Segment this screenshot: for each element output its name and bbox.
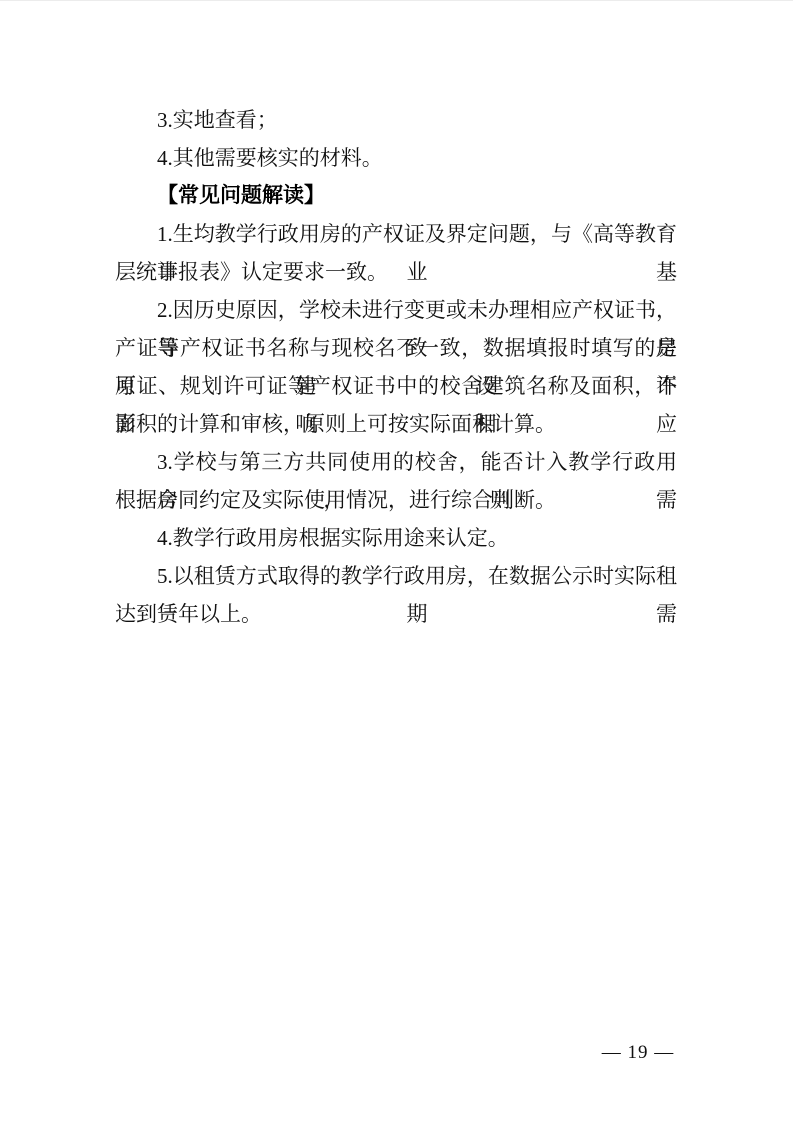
text-line: 2.因历史原因，学校未进行变更或未办理相应产权证书，导致房 [115, 291, 677, 329]
text-line: 3.实地查看； [115, 101, 677, 139]
text-line: 5.以租赁方式取得的教学行政用房，在数据公示时实际租赁期需 [115, 557, 677, 595]
document-page: 3.实地查看；4.其他需要核实的材料。【常见问题解读】1.生均教学行政用房的产权… [0, 0, 793, 1122]
text-line: 【常见问题解读】 [115, 177, 677, 215]
paragraph: 1.生均教学行政用房的产权证及界定问题，与《高等教育事业基层统计报表》认定要求一… [115, 215, 677, 291]
text-line: 4.教学行政用房根据实际用途来认定。 [115, 519, 677, 557]
paragraph: 3.学校与第三方共同使用的校舍，能否计入教学行政用房，则需根据合同约定及实际使用… [115, 443, 677, 519]
document-body: 3.实地查看；4.其他需要核实的材料。【常见问题解读】1.生均教学行政用房的产权… [115, 101, 677, 633]
text-line: 1.生均教学行政用房的产权证及界定问题，与《高等教育事业基 [115, 215, 677, 253]
section-heading: 【常见问题解读】 [115, 177, 677, 215]
paragraph: 5.以租赁方式取得的教学行政用房，在数据公示时实际租赁期需达到一年以上。 [115, 557, 677, 633]
text-line: 产证等产权证书名称与现校名不一致，数据填报时填写的是原建设许 [115, 329, 677, 367]
text-line: 4.其他需要核实的材料。 [115, 139, 677, 177]
paragraph: 4.其他需要核实的材料。 [115, 139, 677, 177]
page-number: — 19 — [602, 1042, 675, 1063]
text-line: 可证、规划许可证等产权证书中的校舍建筑名称及面积，不影响相应 [115, 367, 677, 405]
page-footer: — 19 — [576, 1041, 700, 1065]
text-line: 3.学校与第三方共同使用的校舍，能否计入教学行政用房，则需 [115, 443, 677, 481]
paragraph: 2.因历史原因，学校未进行变更或未办理相应产权证书，导致房产证等产权证书名称与现… [115, 291, 677, 443]
paragraph: 3.实地查看； [115, 101, 677, 139]
paragraph: 4.教学行政用房根据实际用途来认定。 [115, 519, 677, 557]
